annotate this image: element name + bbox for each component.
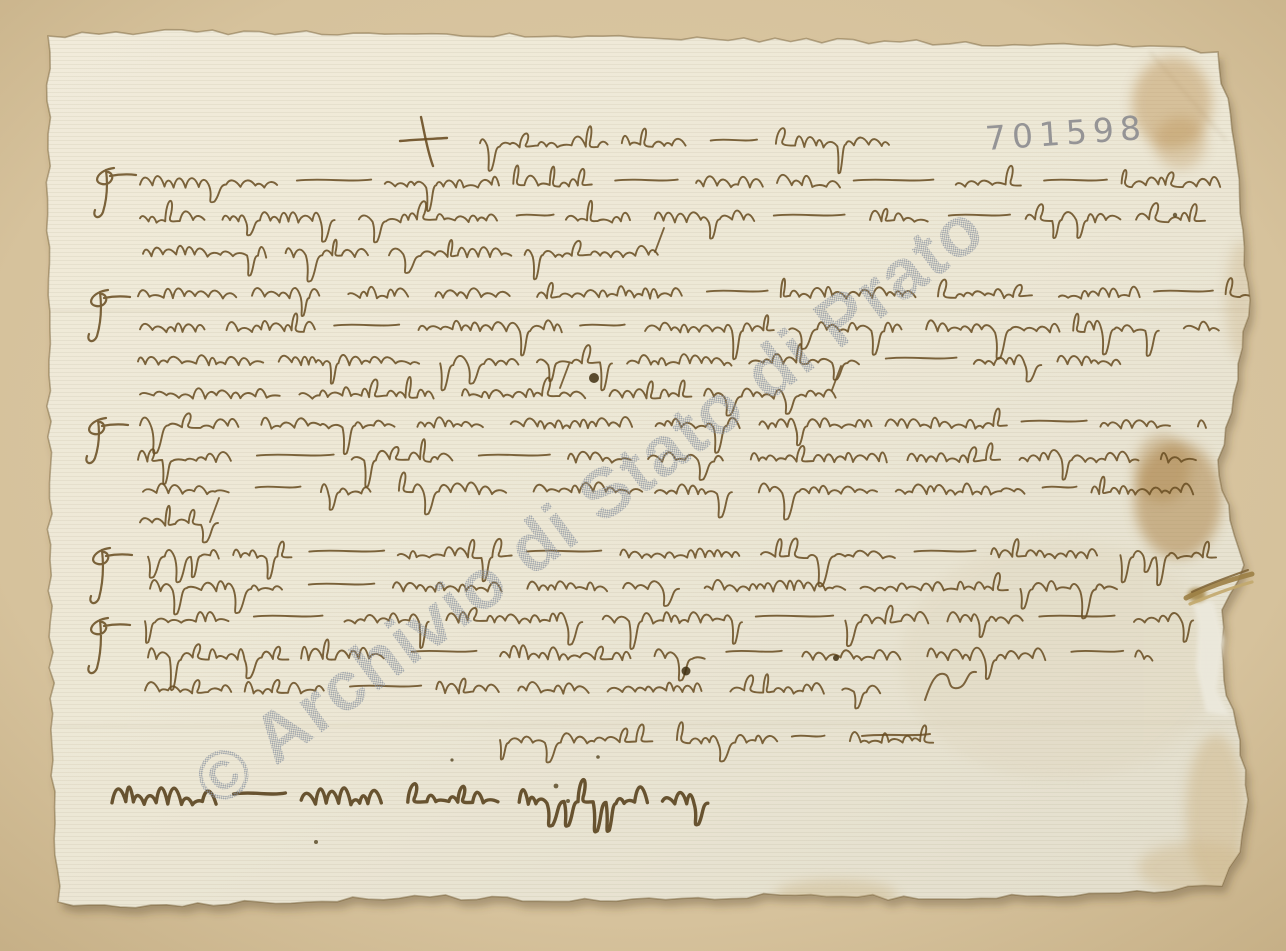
ink-blot	[682, 667, 691, 676]
flourish-dash	[862, 734, 930, 736]
paper-speck	[566, 799, 570, 803]
paper-speck	[554, 784, 559, 789]
manuscript-scan: 701598 © Archivio di Stato di Prato	[0, 0, 1286, 951]
stain-blot	[1154, 117, 1206, 169]
ink-blot	[589, 373, 599, 383]
paper-speck	[314, 840, 318, 844]
scanned-document-viewport: 701598 © Archivio di Stato di Prato + Al…	[0, 0, 1286, 951]
paper-speck	[450, 758, 453, 761]
paper-speck	[596, 755, 600, 759]
paper-speck	[1173, 213, 1177, 217]
ink-blot	[833, 655, 839, 661]
